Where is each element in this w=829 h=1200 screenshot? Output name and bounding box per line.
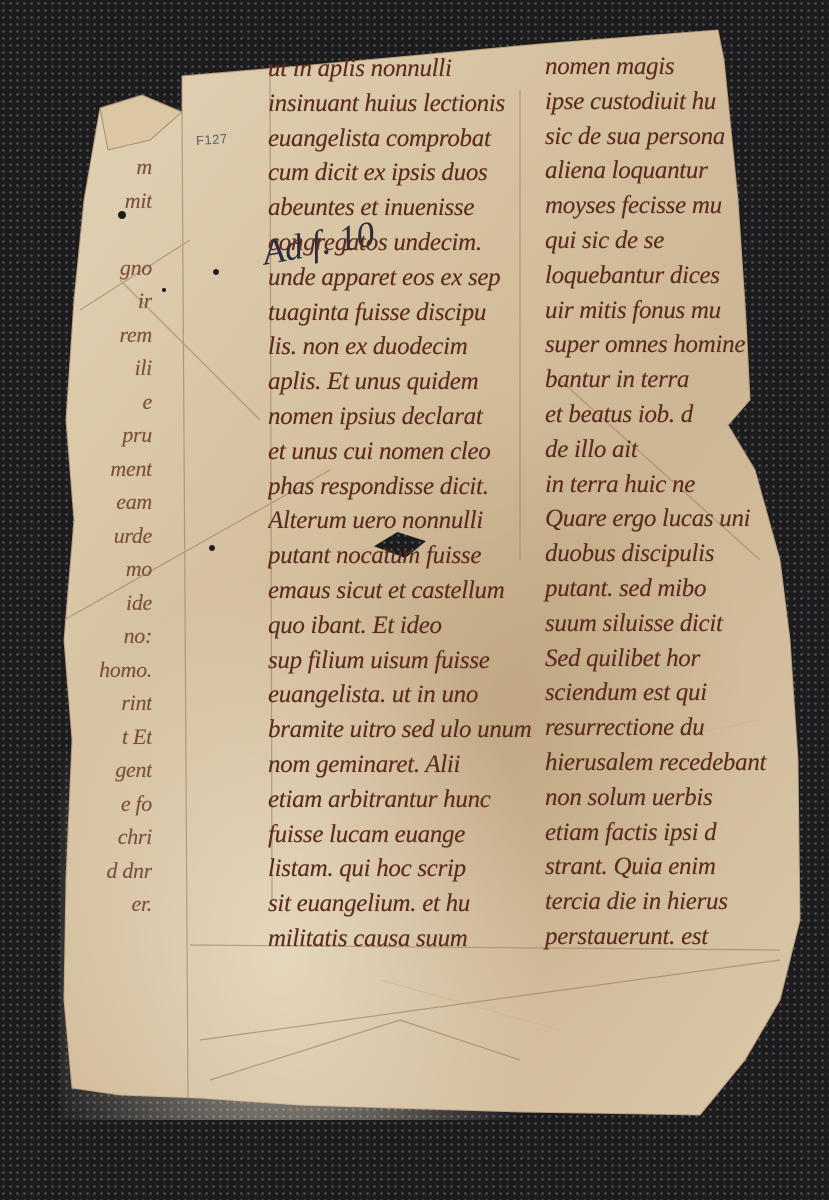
text-line: bantur in terra: [545, 363, 760, 398]
text-line: loquebantur dices: [545, 259, 760, 294]
text-line: ment: [72, 452, 152, 486]
text-line: militatis causa suum: [268, 922, 538, 957]
text-line: moyses fecisse mu: [545, 189, 760, 224]
text-line: Quare ergo lucas uni: [545, 502, 760, 537]
text-line: e: [72, 385, 152, 419]
text-line: phas respondisse dicit.: [268, 470, 538, 505]
text-line: lis. non ex duodecim: [268, 330, 538, 365]
text-line: no:: [72, 619, 152, 653]
text-line: urde: [72, 519, 152, 553]
main-left-text-column: ut in aplis nonnulli insinuant huius lec…: [268, 52, 538, 957]
photo-scene: F127 Ad f. 10 m mit gno ir rem ili e pru…: [0, 0, 829, 1200]
main-right-text-column: nomen magis ipse custodiuit hu sic de su…: [545, 50, 760, 955]
text-line: gent: [72, 753, 152, 787]
text-line: suum siluisse dicit: [545, 607, 760, 642]
text-line: e fo: [72, 787, 152, 821]
text-line: euangelista. ut in uno: [268, 678, 538, 713]
text-line: putant. sed mibo: [545, 572, 760, 607]
text-line: t Et: [72, 720, 152, 754]
text-line: super omnes homine: [545, 328, 760, 363]
text-line: abeuntes et inuenisse: [268, 191, 538, 226]
text-line: etiam factis ipsi d: [545, 816, 760, 851]
text-line: chri: [72, 820, 152, 854]
text-line: cum dicit ex ipsis duos: [268, 156, 538, 191]
text-line: ut in aplis nonnulli: [268, 52, 538, 87]
text-line: aliena loquantur: [545, 154, 760, 189]
text-line: Sed quilibet hor: [545, 642, 760, 677]
text-line: etiam arbitrantur hunc: [268, 783, 538, 818]
text-line: homo.: [72, 653, 152, 687]
text-line: rem: [72, 318, 152, 352]
text-line: tuaginta fuisse discipu: [268, 296, 538, 331]
text-line: congregatos undecim.: [268, 226, 538, 261]
text-line: duobus discipulis: [545, 537, 760, 572]
text-line: ili: [72, 351, 152, 385]
text-line: emaus sicut et castellum: [268, 574, 538, 609]
text-line: nomen ipsius declarat: [268, 400, 538, 435]
text-line: hierusalem recedebant: [545, 746, 760, 781]
text-line: [72, 217, 152, 251]
text-line: quo ibant. Et ideo: [268, 609, 538, 644]
text-line: gno: [72, 251, 152, 285]
text-line: fuisse lucam euange: [268, 818, 538, 853]
text-line: sciendum est qui: [545, 676, 760, 711]
left-margin-text-column: m mit gno ir rem ili e pru ment eam urde…: [72, 150, 152, 921]
text-line: listam. qui hoc scrip: [268, 852, 538, 887]
text-line: ide: [72, 586, 152, 620]
text-line: mit: [72, 184, 152, 218]
text-line: et beatus iob. d: [545, 398, 760, 433]
text-line: unde apparet eos ex sep: [268, 261, 538, 296]
text-line: non solum uerbis: [545, 781, 760, 816]
text-line: tercia die in hierus: [545, 885, 760, 920]
text-line: ir: [72, 284, 152, 318]
text-line: sup filium uisum fuisse: [268, 644, 538, 679]
text-line: sit euangelium. et hu: [268, 887, 538, 922]
text-line: strant. Quia enim: [545, 850, 760, 885]
text-line: er.: [72, 887, 152, 921]
text-line: nomen magis: [545, 50, 760, 85]
text-line: Alterum uero nonnulli: [268, 504, 538, 539]
text-line: bramite uitro sed ulo unum: [268, 713, 538, 748]
text-line: mo: [72, 552, 152, 586]
shelfmark-pencil-note: F127: [196, 131, 229, 148]
text-line: uir mitis fonus mu: [545, 294, 760, 329]
text-line: nom geminaret. Alii: [268, 748, 538, 783]
text-line: putant nocatum fuisse: [268, 539, 538, 574]
text-line: m: [72, 150, 152, 184]
text-line: et unus cui nomen cleo: [268, 435, 538, 470]
text-line: ipse custodiuit hu: [545, 85, 760, 120]
text-line: aplis. Et unus quidem: [268, 365, 538, 400]
text-line: pru: [72, 418, 152, 452]
text-line: sic de sua persona: [545, 120, 760, 155]
text-line: d dnr: [72, 854, 152, 888]
text-line: qui sic de se: [545, 224, 760, 259]
text-line: resurrectione du: [545, 711, 760, 746]
text-line: euangelista comprobat: [268, 122, 538, 157]
text-line: rint: [72, 686, 152, 720]
text-line: in terra huic ne: [545, 468, 760, 503]
text-line: perstauerunt. est: [545, 920, 760, 955]
text-line: de illo ait: [545, 433, 760, 468]
text-line: insinuant huius lectionis: [268, 87, 538, 122]
text-line: eam: [72, 485, 152, 519]
